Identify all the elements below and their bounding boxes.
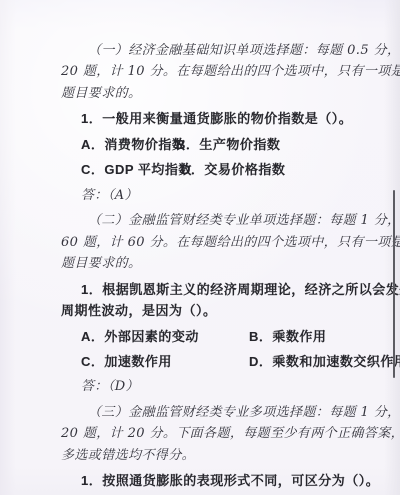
text-line: 1．根据凯恩斯主义的经济周期理论，经济之所以会发生 [61, 279, 374, 301]
option-text: C．加速数作用 [81, 351, 249, 373]
text-line: 20 题，计 20 分。下面各题，每题至少有两个正确答案，少选、 [61, 423, 374, 445]
options-line: A．外部因素的变动B．乘数作用 [61, 326, 374, 348]
options-line: C．加速数作用D．乘数和加速数交织作用 [61, 351, 374, 373]
text-line: 答：（A） [61, 185, 374, 207]
text-line: 1．一般用来衡量通货膨胀的物价指数是（）。 [61, 108, 374, 130]
text-line: 题目要求的。 [61, 83, 374, 105]
text-line: 多选或错选均不得分。 [61, 445, 374, 467]
option-text: A．外部因素的变动 [81, 326, 249, 348]
option-text: B．生产物价指数 [176, 134, 280, 156]
text-line: 60 题，计 60 分。在每题给出的四个选项中，只有一项是符合 [61, 232, 374, 254]
screenshot-root: { "page": { "background": "#f6f4f9", "in… [0, 0, 400, 495]
text-line: 1．按照通货膨胀的表现形式不同，可区分为（）。 [61, 470, 374, 492]
scrollbar-thumb[interactable] [393, 190, 396, 378]
option-text: B．乘数作用 [249, 326, 326, 348]
text-line: 20 题，计 10 分。在每题给出的四个选项中，只有一项是符合 [61, 61, 374, 83]
option-text: D．乘数和加速数交织作用 [249, 351, 400, 373]
option-text: C．GDP 平均指数 [81, 159, 181, 181]
option-text: D．交易价格指数 [181, 159, 285, 181]
text-line: （一）经济金融基础知识单项选择题：每题 0.5 分，共 [61, 40, 374, 62]
text-line: 周期性波动，是因为（）。 [61, 300, 374, 322]
text-line: （二）金融监管财经类专业单项选择题：每题 1 分，共 [61, 210, 374, 232]
text-line: 题目要求的。 [61, 253, 374, 275]
text-line: 答：（D） [61, 376, 374, 398]
document-text: （一）经济金融基础知识单项选择题：每题 0.5 分，共20 题，计 10 分。在… [61, 36, 374, 492]
option-text: A．消费物价指数 [81, 134, 176, 156]
options-line: C．GDP 平均指数D．交易价格指数 [61, 159, 374, 181]
options-line: A．消费物价指数B．生产物价指数 [61, 134, 374, 156]
text-line: （三）金融监管财经类专业多项选择题：每题 1 分，共 [61, 402, 374, 424]
